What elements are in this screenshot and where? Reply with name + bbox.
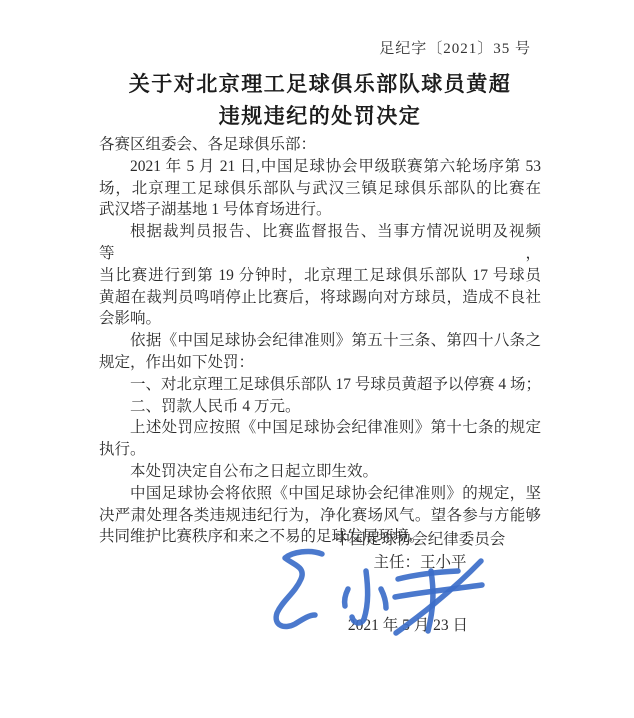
- body-line: 规定，作出如下处罚：: [99, 352, 541, 374]
- body-line: 中国足球协会将依照《中国足球协会纪律准则》的规定，坚: [99, 483, 541, 505]
- body-line: 2021 年 5 月 21 日,中国足球协会甲级联赛第六轮场序第 53: [99, 156, 541, 178]
- document-content: 足纪字〔2021〕35 号 关于对北京理工足球俱乐部队球员黄超 违规违纪的处罚决…: [99, 38, 541, 548]
- body-line: 根据裁判员报告、比赛监督报告、当事方情况说明及视频等，: [99, 221, 541, 265]
- salutation-line: 各赛区组委会、各足球俱乐部：: [99, 134, 541, 156]
- document-number: 足纪字〔2021〕35 号: [99, 38, 541, 60]
- document-page: 足纪字〔2021〕35 号 关于对北京理工足球俱乐部队球员黄超 违规违纪的处罚决…: [0, 0, 634, 718]
- body-line: 本处罚决定自公布之日起立即生效。: [99, 461, 541, 483]
- signature-date: 2021 年 5 月 23 日: [308, 615, 508, 637]
- body-line: 黄超在裁判员鸣哨停止比赛后，将球踢向对方球员，造成不良社: [99, 287, 541, 309]
- document-title-line-1: 关于对北京理工足球俱乐部队球员黄超: [99, 68, 541, 100]
- body-line: 场，北京理工足球俱乐部队与武汉三镇足球俱乐部队的比赛在: [99, 178, 541, 200]
- body-line: 执行。: [99, 439, 541, 461]
- body-line: 武汉塔子湖基地 1 号体育场进行。: [99, 199, 541, 221]
- penalty-item-2: 二、罚款人民币 4 万元。: [99, 396, 541, 418]
- signature-block: 中国足球协会纪律委员会 主任：王小平 2021 年 5 月 23 日: [320, 529, 520, 637]
- body-line: 当比赛进行到第 19 分钟时，北京理工足球俱乐部队 17 号球员: [99, 265, 541, 287]
- document-body: 各赛区组委会、各足球俱乐部： 2021 年 5 月 21 日,中国足球协会甲级联…: [99, 134, 541, 548]
- body-line: 上述处罚应按照《中国足球协会纪律准则》第十七条的规定: [99, 417, 541, 439]
- signature-organization: 中国足球协会纪律委员会: [320, 529, 520, 551]
- body-line: 决严肃处理各类违规违纪行为，净化赛场风气。望各参与方能够: [99, 505, 541, 527]
- document-title-line-2: 违规违纪的处罚决定: [99, 100, 541, 132]
- signature-signer-title: 主任：王小平: [320, 552, 520, 574]
- document-title: 关于对北京理工足球俱乐部队球员黄超 违规违纪的处罚决定: [99, 68, 541, 132]
- body-line: 依据《中国足球协会纪律准则》第五十三条、第四十八条之: [99, 330, 541, 352]
- body-line: 会影响。: [99, 308, 541, 330]
- penalty-item-1: 一、对北京理工足球俱乐部队 17 号球员黄超予以停赛 4 场；: [99, 374, 541, 396]
